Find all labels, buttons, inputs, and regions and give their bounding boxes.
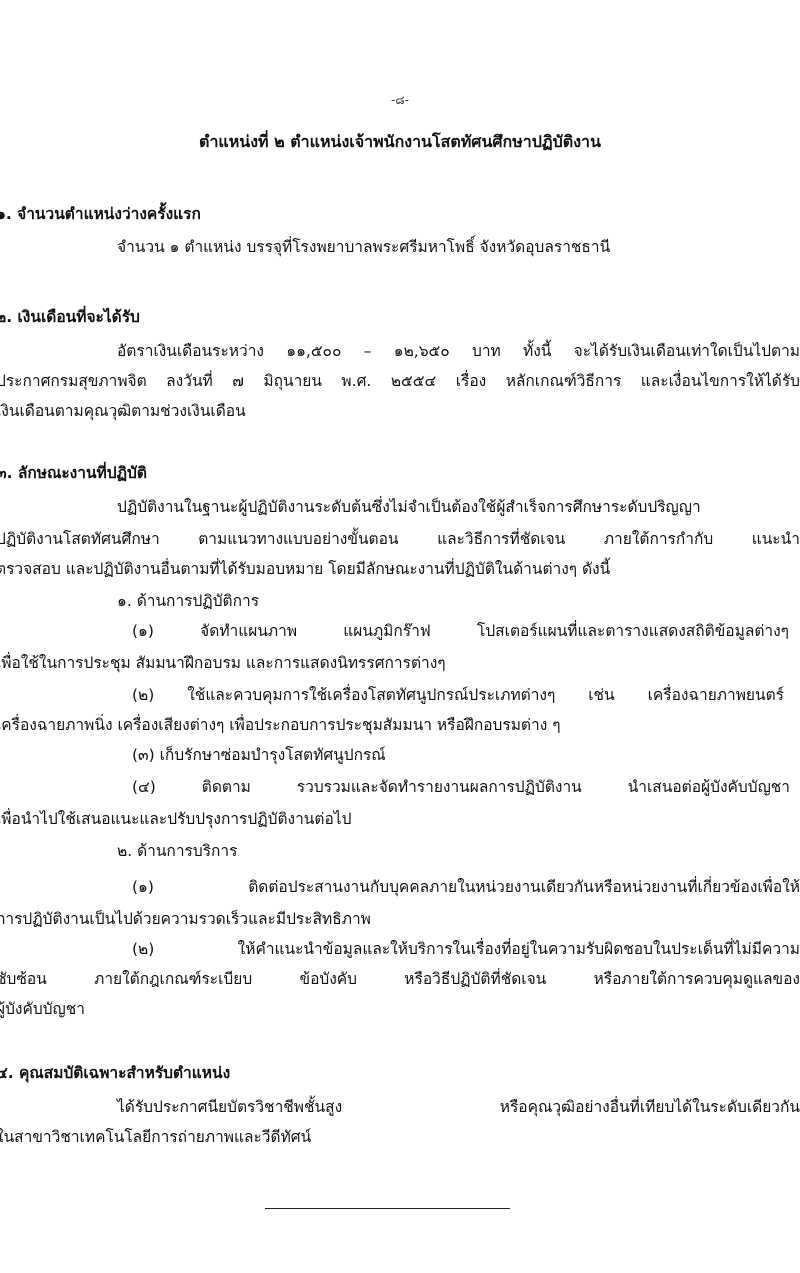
operations-item-2-line-2: เครื่องฉายภาพนิ่ง เครื่องเสียงต่างๆ เพื่… <box>0 715 561 735</box>
section-2-line-3: เงินเดือนตามคุณวุฒิตามช่วงเงินเดือน <box>0 401 246 421</box>
operations-item-1-line-2: เพื่อใช้ในการประชุม สัมมนาฝึกอบรม และการ… <box>0 653 446 673</box>
subsection-services-heading: ๒. ด้านการบริการ <box>117 841 237 861</box>
services-item-2-line-1: (๒) ให้คำแนะนำข้อมูลและให้บริการในเรื่อง… <box>132 939 800 959</box>
services-item-2-line-2: ซับซ้อน ภายใต้กฎเกณฑ์ระเบียบ ข้อบังคับ ห… <box>0 969 800 989</box>
subsection-operations-heading: ๑. ด้านการปฏิบัติการ <box>117 591 259 611</box>
operations-item-2-line-1: (๒) ใช้และควบคุมการใช้เครื่องโสตทัศนูปกร… <box>132 685 784 705</box>
section-4-heading: ๔. คุณสมบัติเฉพาะสำหรับตำแหน่ง <box>0 1063 230 1083</box>
document-page: -๘- ตำแหน่งที่ ๒ ตำแหน่งเจ้าพนักงานโสตทั… <box>0 0 800 1273</box>
operations-item-4-line-2: เพื่อนำไปใช้เสนอแนะและปรับปรุงการปฏิบัติ… <box>0 809 351 829</box>
operations-item-1-line-1: (๑) จัดทำแผนภาพ แผนภูมิกร๊าฟ โปสเตอร์แผน… <box>132 621 789 641</box>
section-1-line-1: จำนวน ๑ ตำแหน่ง บรรจุที่โรงพยาบาลพระศรีม… <box>117 237 610 257</box>
page-title: ตำแหน่งที่ ๒ ตำแหน่งเจ้าพนักงานโสตทัศนศึ… <box>0 132 800 152</box>
section-3-heading: ๓. ลักษณะงานที่ปฏิบัติ <box>0 463 147 483</box>
section-4-line-1: ได้รับประกาศนียบัตรวิชาชีพชั้นสูง หรือคุ… <box>117 1097 800 1117</box>
services-item-2-line-3: ผู้บังคับบัญชา <box>0 999 85 1019</box>
services-item-1-line-1: (๑) ติดต่อประสานงานกับบุคคลภายในหน่วยงาน… <box>132 877 800 897</box>
section-4-line-2: ในสาขาวิชาเทคโนโลยีการถ่ายภาพและวีดีทัศน… <box>0 1127 311 1147</box>
operations-item-4-line-1: (๔) ติดตาม รวบรวมและจัดทำรายงานผลการปฏิบ… <box>132 777 790 797</box>
section-2-line-2: ประกาศกรมสุขภาพจิต ลงวันที่ ๗ มิถุนายน พ… <box>0 371 800 391</box>
section-3-line-1: ปฏิบัติงานในฐานะผู้ปฏิบัติงานระดับต้นซึ่… <box>117 497 787 517</box>
page-number: -๘- <box>0 90 800 110</box>
section-3-line-2: ปฏิบัติงานโสตทัศนศึกษา ตามแนวทางแบบอย่าง… <box>0 529 800 549</box>
end-divider-line <box>265 1208 510 1209</box>
section-2-heading: ๒. เงินเดือนที่จะได้รับ <box>0 307 140 327</box>
section-2-line-1: อัตราเงินเดือนระหว่าง ๑๑,๕๐๐ – ๑๒,๖๕๐ บา… <box>117 341 800 361</box>
services-item-1-line-2: การปฏิบัติงานเป็นไปด้วยความรวดเร็วและมีป… <box>0 909 371 929</box>
section-3-line-3: ตรวจสอบ และปฏิบัติงานอื่นตามที่ได้รับมอบ… <box>0 559 610 579</box>
operations-item-3: (๓) เก็บรักษาซ่อมบำรุงโสตทัศนูปกรณ์ <box>132 745 386 765</box>
section-1-heading: ๑. จำนวนตำแหน่งว่างครั้งแรก <box>0 204 201 224</box>
